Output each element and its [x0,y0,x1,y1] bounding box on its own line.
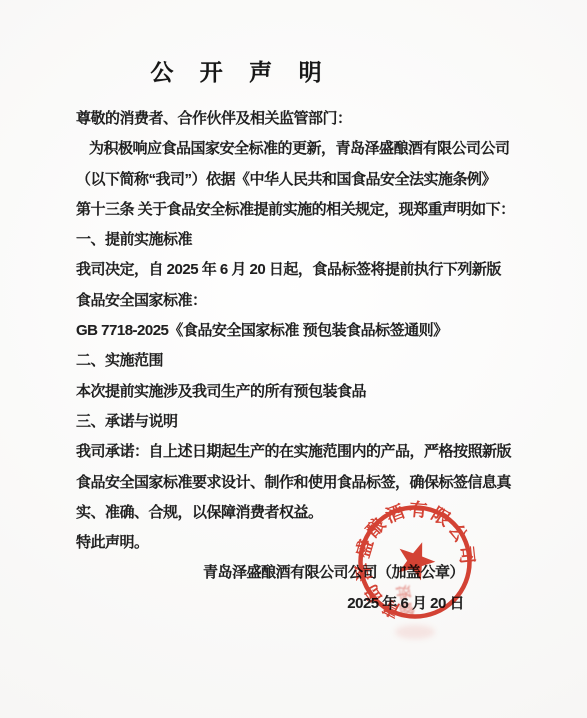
page-title: 公 开 声 明 [76,54,406,84]
doc-line: 二、实施范围 [76,346,512,376]
doc-line: 本次提前实施涉及我司生产的所有预包装食品 [76,377,512,407]
document-page: 公 开 声 明 尊敬的消费者、合作伙伴及相关监管部门：为积极响应食品国家安全标准… [0,0,587,718]
doc-line: 为积极响应食品国家安全标准的更新，青岛泽盛酿酒有限公司公司 [76,134,512,164]
doc-line: （以下简称“我司”）依据《中华人民共和国食品安全法实施条例》 [76,165,512,195]
ink-smudge [395,625,435,639]
doc-line: 食品安全国家标准： [76,286,512,316]
doc-line: 三、承诺与说明 [76,407,512,437]
doc-line: 青岛泽盛酿酒有限公司公司（加盖公章） [76,558,512,588]
document-body: 尊敬的消费者、合作伙伴及相关监管部门：为积极响应食品国家安全标准的更新，青岛泽盛… [76,104,512,619]
doc-line: 尊敬的消费者、合作伙伴及相关监管部门： [76,104,512,134]
doc-line: 一、提前实施标准 [76,225,512,255]
doc-line: 特此声明。 [76,528,512,558]
doc-line: 实、准确、合规，以保障消费者权益。 [76,498,512,528]
doc-line: 2025 年 6 月 20 日 [76,589,512,619]
doc-line: 我司承诺：自上述日期起生产的在实施范围内的产品，严格按照新版 [76,437,512,467]
doc-line: 第十三条 关于食品安全标准提前实施的相关规定，现郑重声明如下： [76,195,512,225]
doc-line: 食品安全国家标准要求设计、制作和使用食品标签，确保标签信息真 [76,468,512,498]
doc-line: GB 7718-2025《食品安全国家标准 预包装食品标签通则》 [76,316,512,346]
doc-line: 我司决定，自 2025 年 6 月 20 日起，食品标签将提前执行下列新版 [76,255,512,285]
